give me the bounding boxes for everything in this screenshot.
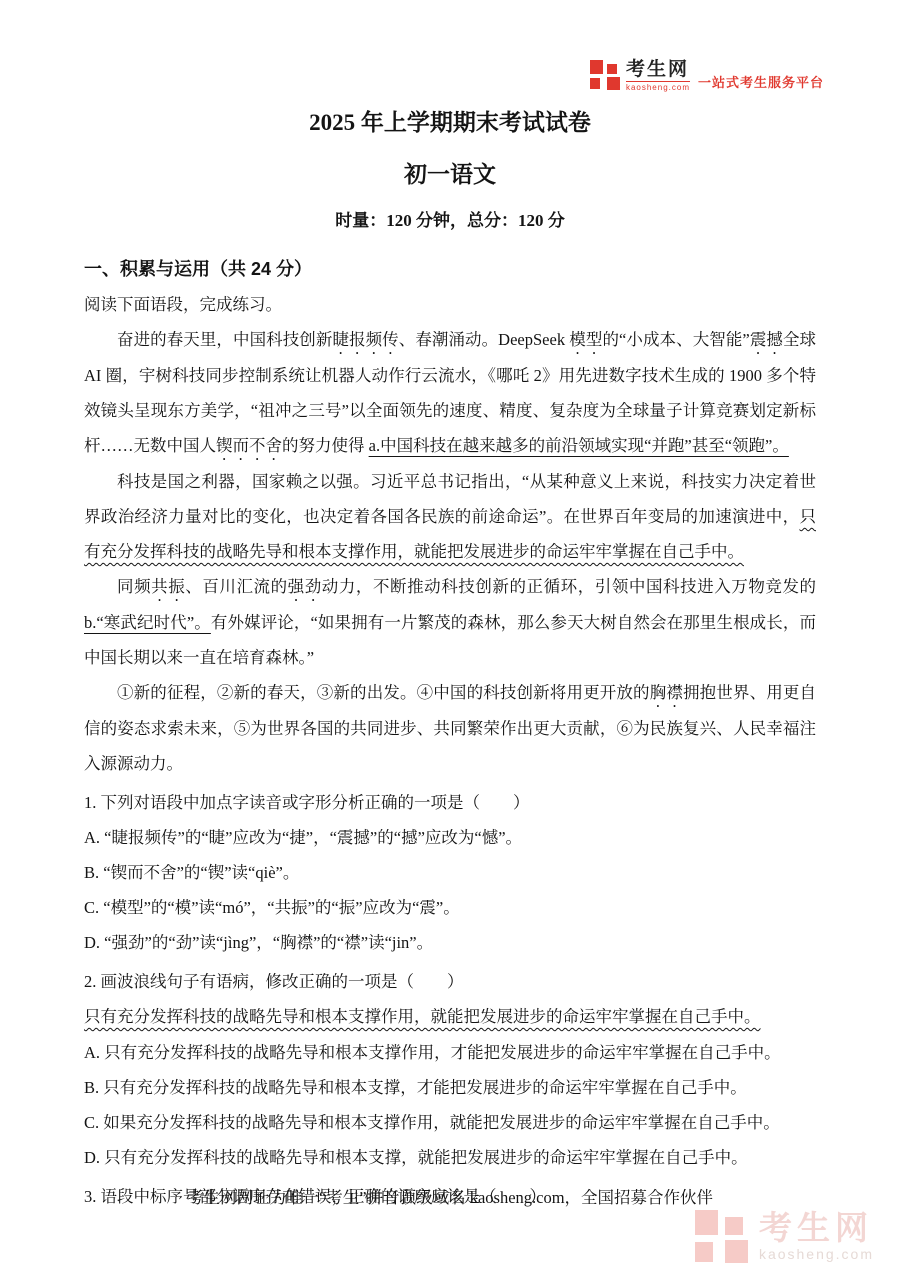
passage-segment: 模型 [569, 330, 602, 349]
question-stem: 2. 画波浪线句子有语病，修改正确的一项是（ ） [84, 964, 816, 999]
option-a: A. “睫报频传”的“睫”应改为“捷”，“震撼”的“撼”应改为“憾”。 [84, 820, 816, 855]
passage-segment: 的“小成本、大智能” [602, 330, 749, 349]
passage-segment: 科技是国之利器，国家赖之以强。习近平总书记指出，“从某种意义上来说，科技实力决定… [84, 472, 816, 526]
watermark-domain: kaosheng.com [759, 1246, 874, 1262]
section-intro: 阅读下面语段，完成练习。 [84, 287, 816, 322]
passage-paragraph: 科技是国之利器，国家赖之以强。习近平总书记指出，“从某种意义上来说，科技实力决定… [84, 464, 816, 569]
passage-segment: 震撼 [750, 330, 783, 349]
option-a: A. 只有充分发挥科技的战略先导和根本支撑作用，才能把发展进步的命运牢牢掌握在自… [84, 1035, 816, 1070]
watermark-text: 考生网 kaosheng.com [759, 1212, 874, 1262]
option-c: C. 如果充分发挥科技的战略先导和根本支撑作用，就能把发展进步的命运牢牢掌握在自… [84, 1105, 816, 1140]
passage-segment: 胸襟 [650, 683, 683, 702]
question-stem: 1. 下列对语段中加点字读音或字形分析正确的一项是（ ） [84, 785, 816, 820]
watermark-name: 考生网 [759, 1212, 874, 1244]
brand-name: 考生网 [626, 60, 690, 80]
option-b: B. 只有充分发挥科技的战略先导和根本支撑，才能把发展进步的命运牢牢掌握在自己手… [84, 1070, 816, 1105]
option-b: B. “锲而不舍”的“锲”读“qiè”。 [84, 855, 816, 890]
watermark: 考生网 kaosheng.com [695, 1210, 874, 1264]
passage-segment: ①新的征程，②新的春天，③新的出发。④中国的科技创新将用更开放的 [117, 683, 650, 702]
question-2: 2. 画波浪线句子有语病，修改正确的一项是（ ） 只有充分发挥科技的战略先导和根… [84, 964, 816, 1175]
option-c: C. “模型”的“模”读“mó”，“共振”的“振”应改为“震”。 [84, 890, 816, 925]
passage-segment: 动力，不断推动科技创新的正循环，引领中国科技进入万物竞发的 [322, 577, 816, 596]
passage-segment: 共振 [151, 577, 185, 596]
kaosheng-watermark-icon [695, 1210, 749, 1264]
option-d: D. “强劲”的“劲”读“jìng”，“胸襟”的“襟”读“jin”。 [84, 925, 816, 960]
passage-segment: 同频 [117, 577, 151, 596]
passage-segment: 、春潮涌动。DeepSeek [399, 330, 570, 349]
passage-paragraph: 奋进的春天里，中国科技创新睫报频传、春潮涌动。DeepSeek 模型的“小成本、… [84, 322, 816, 464]
question-1: 1. 下列对语段中加点字读音或字形分析正确的一项是（ ） A. “睫报频传”的“… [84, 785, 816, 960]
passage-segment: 睫报频传 [332, 330, 398, 349]
title-block: 2025 年上学期期末考试试卷 初一语文 时量：120 分钟，总分：120 分 [0, 0, 900, 231]
passage-paragraph: 同频共振、百川汇流的强劲动力，不断推动科技创新的正循环，引领中国科技进入万物竞发… [84, 569, 816, 675]
quoted-sentence: 只有充分发挥科技的战略先导和根本支撑作用，就能把发展进步的命运牢牢掌握在自己手中… [84, 1007, 761, 1026]
exam-subject: 初一语文 [0, 156, 900, 189]
exam-paper-page: 考生网 kaosheng.com 一站式考生服务平台 2025 年上学期期末考试… [0, 0, 900, 1272]
brand-text: 考生网 kaosheng.com [626, 60, 690, 92]
brand-domain: kaosheng.com [626, 81, 690, 92]
option-d: D. 只有充分发挥科技的战略先导和根本支撑，就能把发展进步的命运牢牢掌握在自己手… [84, 1140, 816, 1175]
kaosheng-logo-icon [590, 60, 620, 90]
exam-meta: 时量：120 分钟，总分：120 分 [0, 206, 900, 231]
passage-segment: 的努力使得 [282, 436, 369, 455]
passage-segment: 锲而不舍 [216, 436, 282, 455]
passage-segment: 奋进的春天里，中国科技创新 [117, 330, 332, 349]
exam-content: 一、积累与运用（共 24 分） 阅读下面语段，完成练习。 奋进的春天里，中国科技… [0, 251, 900, 1214]
footer-note: 考生网网址为唯一“考生”拼音顶级域名 kaosheng.com，全国招募合作伙伴 [0, 1184, 900, 1208]
exam-title: 2025 年上学期期末考试试卷 [0, 104, 900, 137]
section-heading: 一、积累与运用（共 24 分） [84, 251, 816, 287]
passage-segment: 强劲 [288, 577, 322, 596]
brand-tagline: 一站式考生服务平台 [698, 72, 824, 91]
passage-segment: b.“寒武纪时代”。 [84, 613, 211, 632]
passage-paragraph: ①新的征程，②新的春天，③新的出发。④中国的科技创新将用更开放的胸襟拥抱世界、用… [84, 675, 816, 781]
passage-segment: a.中国科技在越来越多的前沿领域实现“并跑”甚至“领跑”。 [369, 436, 789, 455]
brand-header: 考生网 kaosheng.com 一站式考生服务平台 [590, 60, 824, 92]
passage-segment: 、百川汇流的 [185, 577, 287, 596]
